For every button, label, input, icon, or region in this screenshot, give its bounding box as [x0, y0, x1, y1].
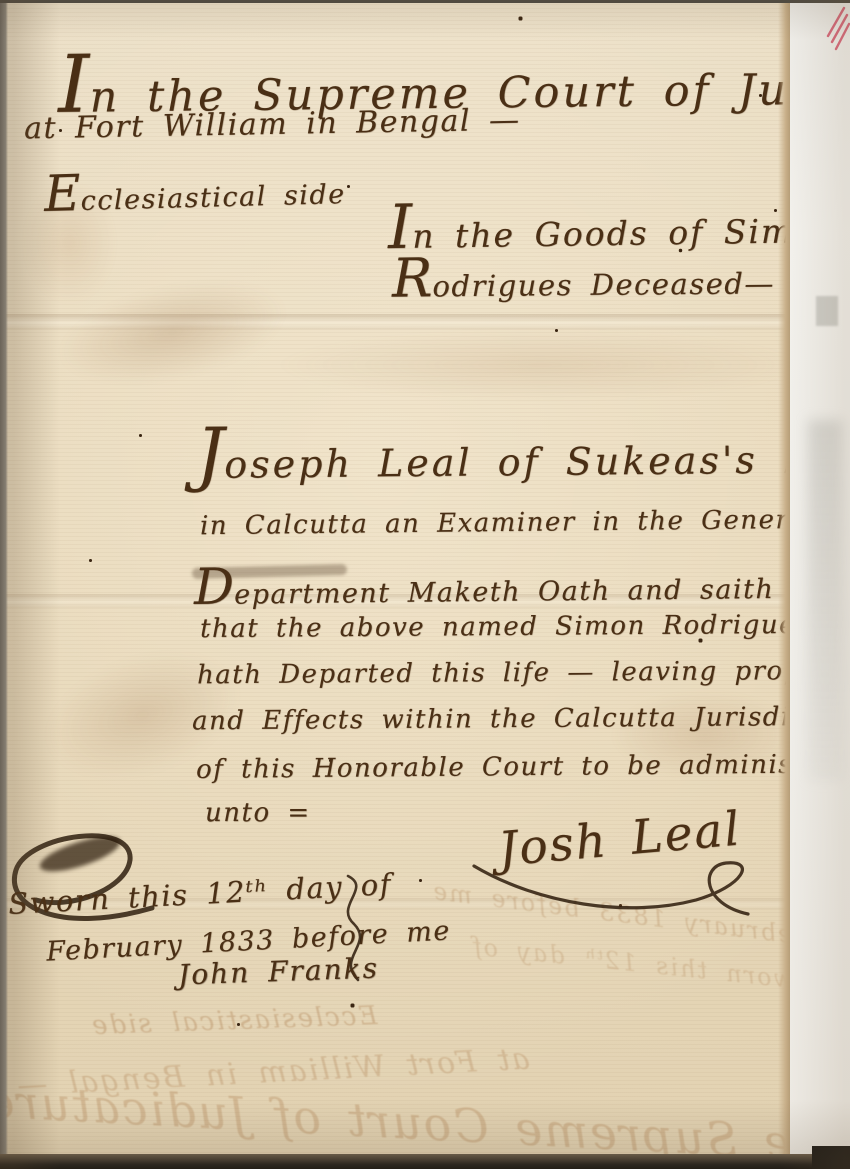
ghost-verso-line: Ecclesiastical side — [90, 1003, 378, 1039]
caption-deceased-line: Rodrigues Deceased— — [392, 248, 775, 305]
affidavit-line-4: that the above named Simon Rodrigues — [200, 612, 811, 642]
paper-right-edge — [778, 0, 790, 1169]
fold-crease — [0, 314, 850, 330]
backing-tape-mark — [816, 296, 838, 326]
scanner-left-edge — [0, 0, 8, 1169]
ghost-verso-line: In the Supreme Court of Judicature — [0, 1078, 850, 1169]
witness-signature: John Franks — [178, 955, 380, 990]
document-scan: February 1833 before me Sworn this 12ᵗʰ … — [0, 0, 850, 1169]
affidavit-line-1: Joseph Leal of Sukeas's lane — [196, 413, 850, 489]
scanner-top-edge — [0, 0, 850, 3]
ink-smudge — [48, 262, 298, 404]
affidavit-line-3: Department Maketh Oath and saith — [194, 557, 775, 613]
affidavit-line-6: and Effects within the Calcutta Jurisdic… — [192, 704, 850, 735]
affidavit-line-8: unto = — [205, 800, 311, 826]
affidavit-line-2: in Calcutta an Examiner in the General — [200, 507, 816, 539]
header-side-line: Ecclesiastical side — [43, 162, 346, 220]
affidavit-line-7: of this Honorable Court to be administer… — [196, 751, 850, 783]
header-place-line: at Fort William in Bengal — — [24, 106, 521, 145]
red-crayon-mark — [822, 6, 850, 58]
ink-smudge — [280, 330, 800, 400]
ink-specks — [0, 0, 1, 1]
affidavit-line-5: hath Departed this life — leaving proper… — [197, 658, 850, 689]
signature-flourish — [468, 852, 778, 932]
